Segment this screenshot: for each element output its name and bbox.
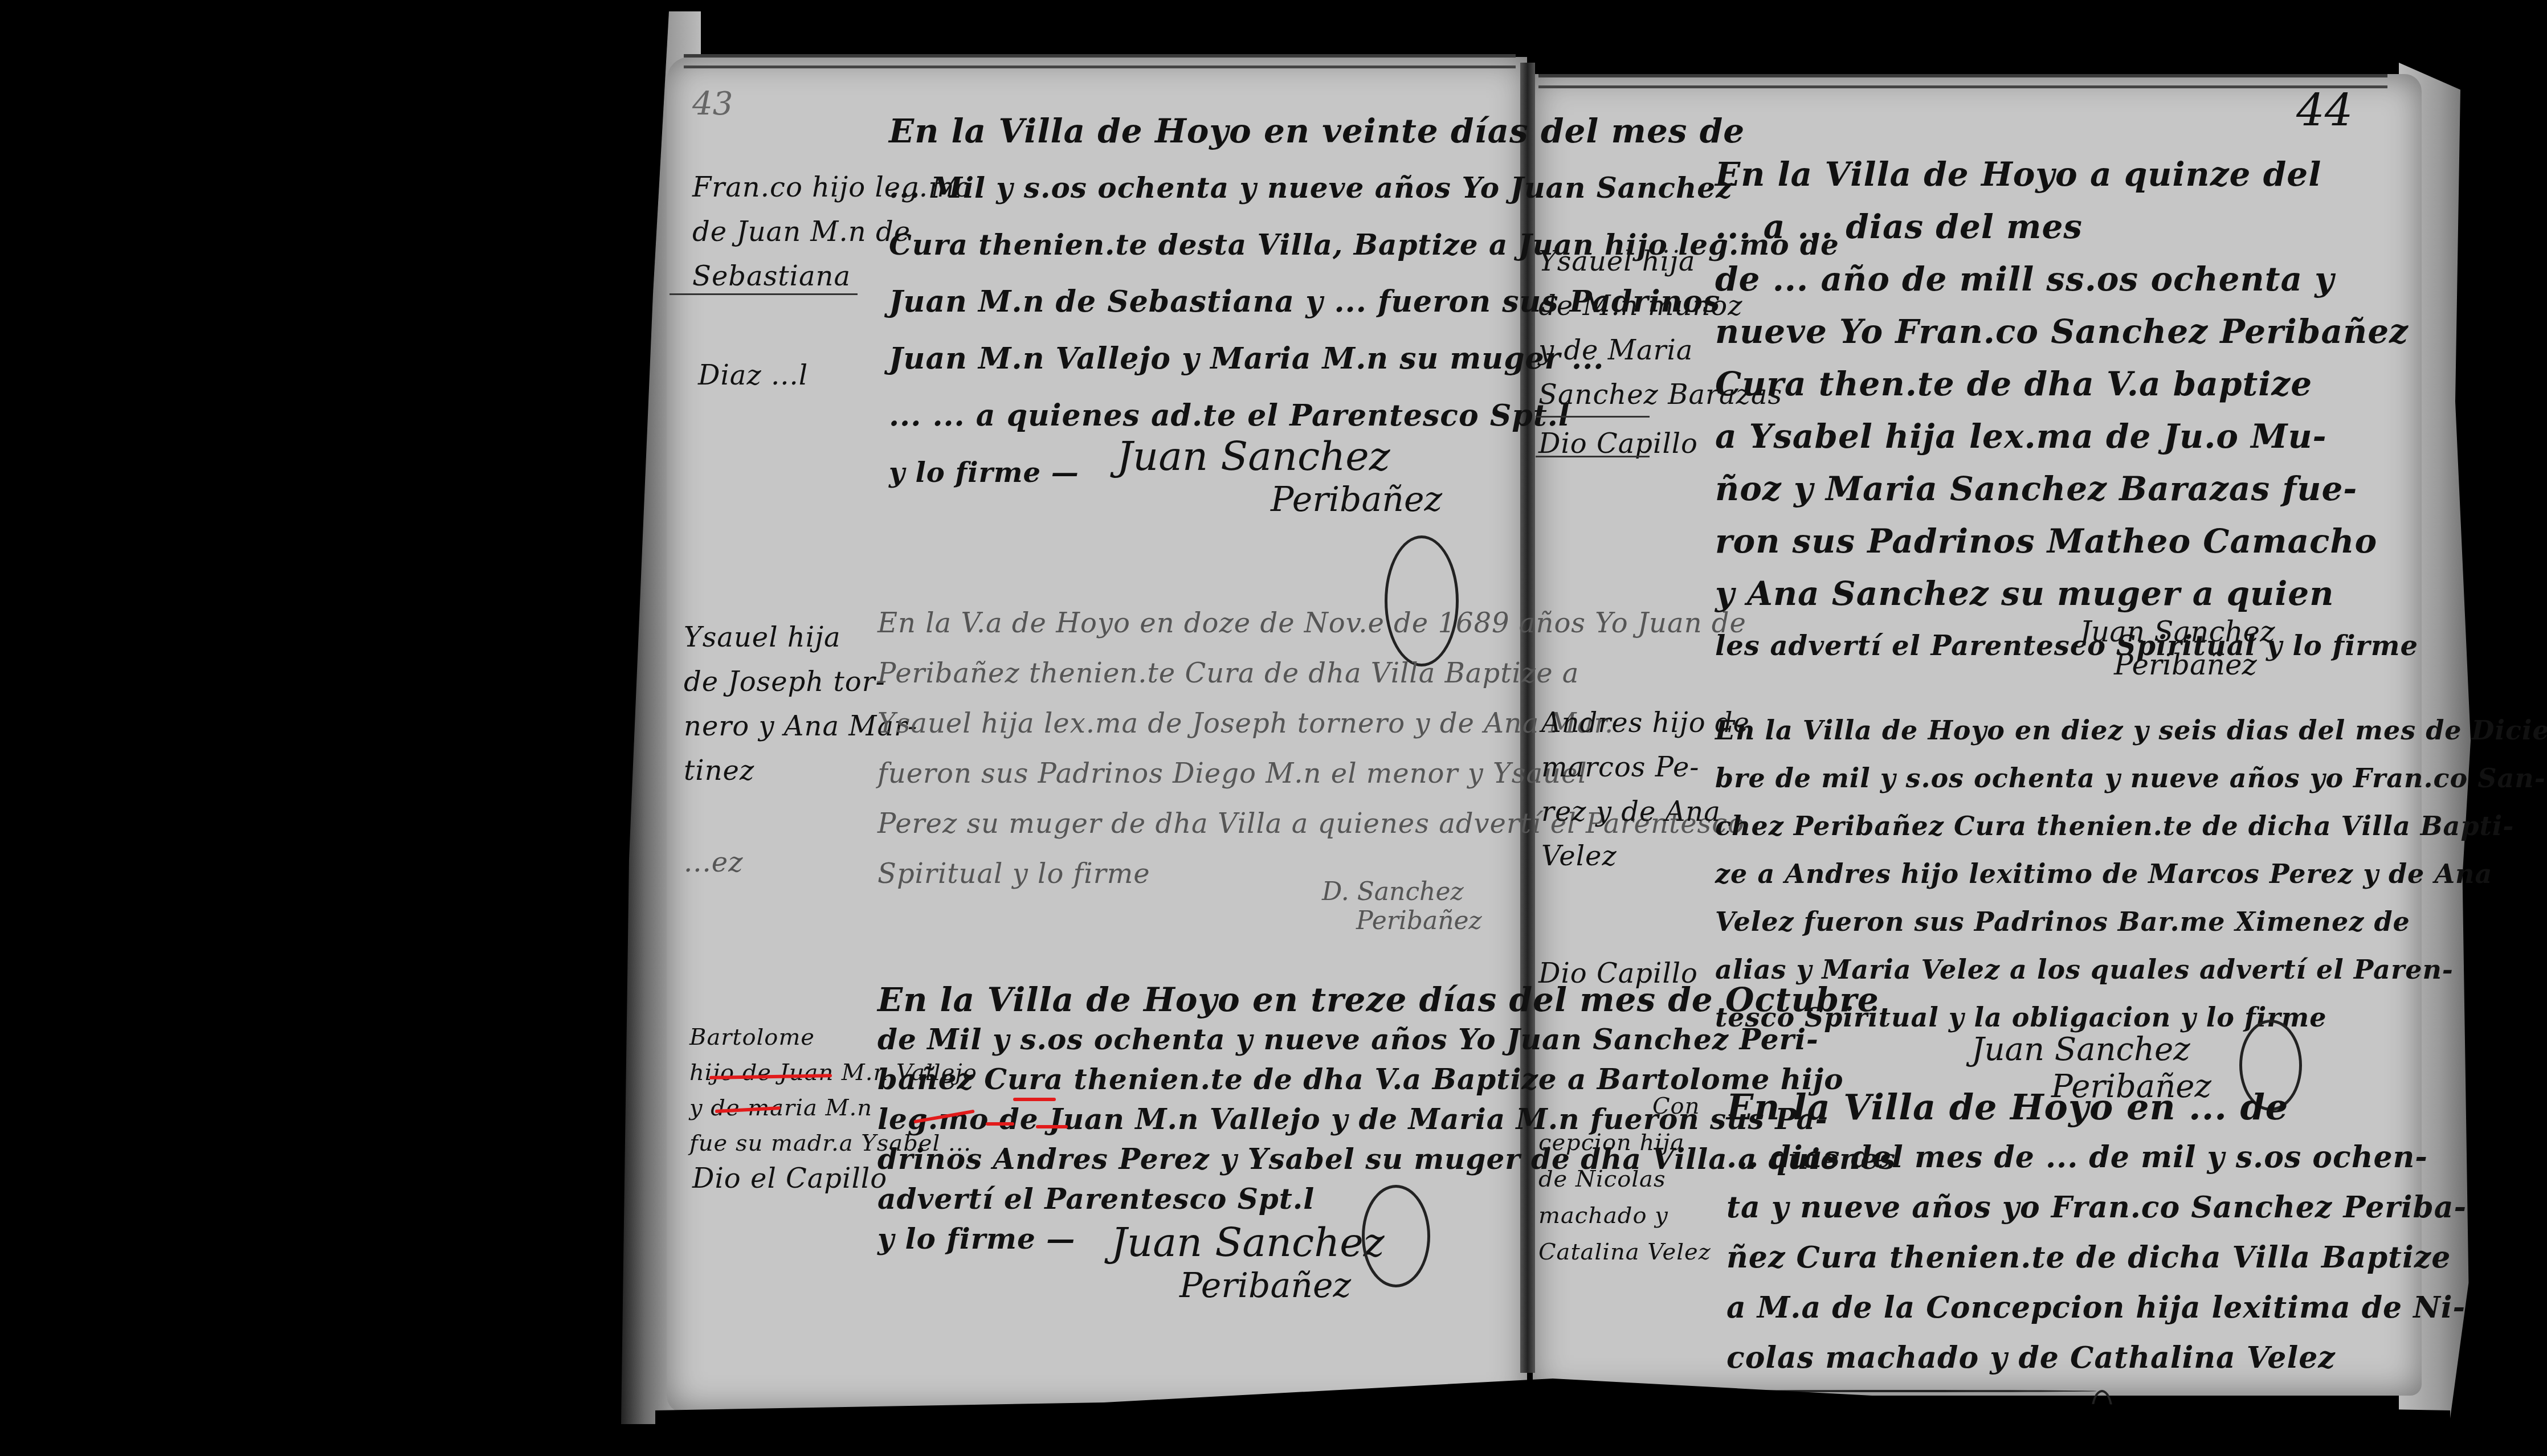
margin-note: Con cepcion hija de Nicolas machado y Ca… xyxy=(1538,1088,1711,1270)
entry-2: En la Villa de Hoyo en diez y seis dias … xyxy=(1715,706,2547,1041)
signature: Juan Sanchez Peribañez xyxy=(1117,433,1442,520)
margin-divider xyxy=(670,293,858,295)
signature: Juan Sanchez Peribañez xyxy=(2080,615,2275,681)
red-underline xyxy=(1013,1098,1056,1101)
margin-note: Diaz ...l xyxy=(698,353,808,398)
margin-note: ...ez xyxy=(684,840,743,885)
margin-divider xyxy=(1536,456,1650,457)
right-page-top-border xyxy=(1538,74,2387,88)
margin-note: Dio el Capillo xyxy=(692,1156,887,1201)
margin-note: Dio Capillo xyxy=(1538,951,1698,996)
margin-divider xyxy=(1536,416,1650,418)
red-underline xyxy=(986,1122,1014,1126)
entry-1: En la Villa de Hoyo a quinze del ... a .… xyxy=(1715,148,2418,672)
entry-3: En la Villa de Hoyo en ... de ... dias d… xyxy=(1726,1082,2467,1383)
margin-note: Dio Capillo xyxy=(1538,422,1698,466)
signature: D. Sanchez Peribañez xyxy=(1322,877,1482,935)
left-page-top-border xyxy=(684,54,1516,68)
page-number: 44 xyxy=(2296,85,2353,137)
page-number-faint: 43 xyxy=(692,85,733,122)
red-underline xyxy=(1036,1125,1068,1128)
signature: Juan Sanchez Peribañez xyxy=(1111,1219,1385,1306)
rubric-flourish xyxy=(1362,1185,1430,1287)
